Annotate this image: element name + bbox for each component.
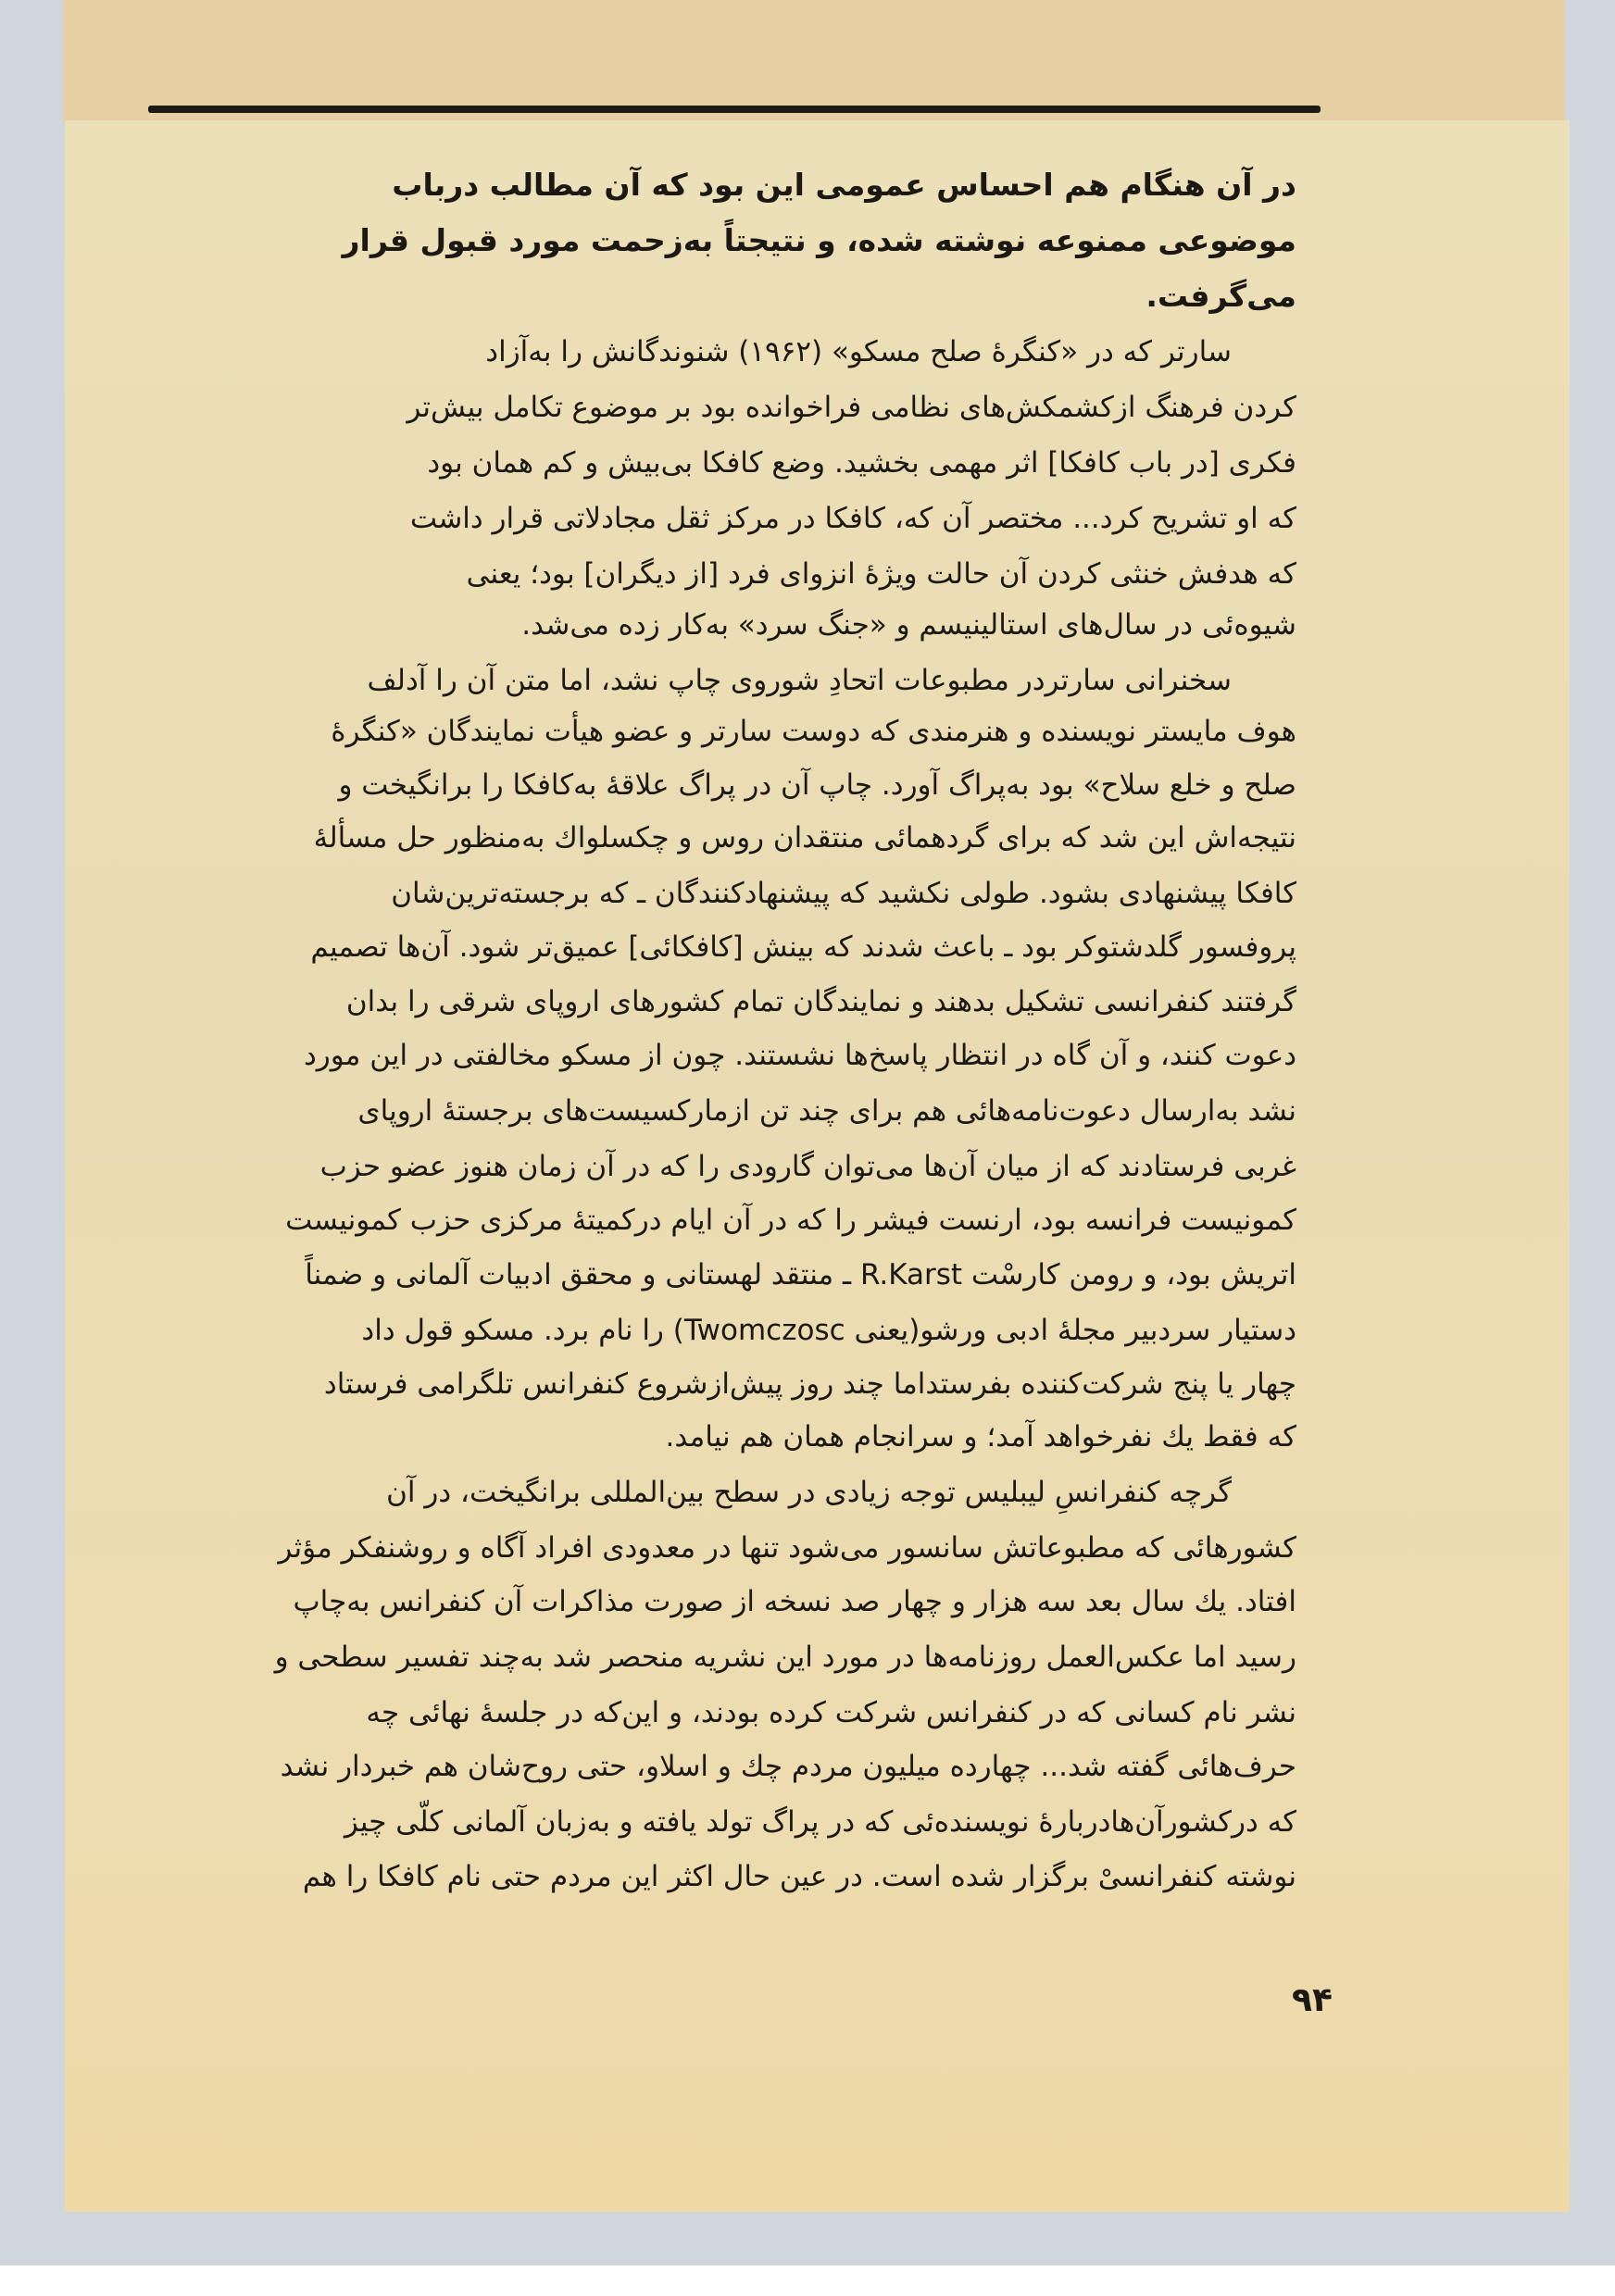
text-line: کافکا پیشنهادی بشود. طولی نکشید که پیشنه…	[391, 875, 1296, 912]
text-line: که هدفش خنثی کردن آن حالت ویژهٔ انزوای ف…	[467, 555, 1296, 593]
text-line: غربی فرستادند که از میان آن‌ها می‌توان گ…	[320, 1148, 1296, 1185]
text-line: کردن فرهنگ ازکشمکش‌های نظامی فراخوانده ب…	[407, 389, 1296, 426]
text-line: سخنرانی سارتردر مطبوعات اتحادِ شوروی چاپ…	[367, 662, 1232, 699]
text-line: اتریش بود، و رومن کارسْت R.Karst ـ منتقد…	[305, 1256, 1296, 1293]
paper-top-fold	[63, 0, 1565, 122]
text-line: که او تشریح کرد... مختصر آن که، کافکا در…	[410, 500, 1296, 537]
text-line: که درکشورآن‌هادربارهٔ نویسنده‌ئی که در پ…	[344, 1803, 1296, 1841]
text-line: نوشته کنفرانسیْ برگزار شده است. در عین ح…	[303, 1858, 1296, 1895]
text-line: صلح و خلع سلاح» بود به‌پراگ آورد. چاپ آن…	[338, 767, 1296, 804]
text-line: شیوه‌ئی در سال‌های استالینیسم و «جنگ سرد…	[521, 606, 1296, 643]
text-line: هوف مایستر نویسنده و هنرمندی که دوست سار…	[331, 713, 1296, 750]
text-line: افتاد. یك سال بعد سه هزار و چهار صد نسخه…	[293, 1583, 1296, 1620]
text-line: حرف‌هائی گفته شد... چهارده میلیون مردم چ…	[281, 1748, 1296, 1785]
text-line: گرچه کنفرانسِ لیبلیس توجه زیادی در سطح ب…	[386, 1474, 1232, 1511]
text-line: گرفتند کنفرانسی تشکیل بدهند و نمایندگان …	[346, 983, 1296, 1020]
text-line: کمونیست فرانسه بود، ارنست فیشر را که در …	[285, 1202, 1296, 1239]
text-line: نشد به‌ارسال دعوت‌نامه‌هائی هم برای چند …	[357, 1092, 1296, 1129]
text-line: کشورهائی که مطبوعاتش سانسور می‌شود تنها …	[278, 1529, 1296, 1566]
text-line: دستیار سردبیر مجلهٔ ادبی ورشو(یعنی Twomc…	[361, 1312, 1296, 1349]
text-line: چهار یا پنج شرکت‌کننده بفرستداما چند روز…	[324, 1366, 1296, 1403]
text-line: سارتر که در «کنگرهٔ صلح مسکو» (۱۹۶۲) شنو…	[485, 333, 1232, 370]
text-line: موضوعی ممنوعه نوشته شده، و نتیجتاً به‌زح…	[343, 222, 1296, 259]
text-line: نشر نام کسانی که در کنفرانس شرکت کرده بو…	[366, 1694, 1296, 1731]
text-line: پروفسور گلدشتوکر بود ـ باعث شدند که بینش…	[310, 929, 1296, 966]
text-line: فکری [در باب کافکا] اثر مهمی بخشید. وضع …	[427, 444, 1296, 481]
header-rule	[148, 106, 1321, 113]
text-line: در آن هنگام هم احساس عمومی این بود که آن…	[392, 167, 1296, 204]
text-line: که فقط یك نفرخواهد آمد؛ و سرانجام همان ه…	[666, 1418, 1296, 1455]
text-line: نتیجه‌اش این شد که برای گردهمائی منتقدان…	[314, 819, 1296, 856]
text-line: رسید اما عکس‌العمل روزنامه‌ها در مورد ای…	[275, 1639, 1296, 1676]
text-line: می‌گرفت.	[1146, 278, 1296, 315]
page-number: ۹۴	[1292, 1981, 1333, 2019]
text-line: دعوت کنند، و آن گاه در انتظار پاسخ‌ها نش…	[304, 1037, 1296, 1074]
